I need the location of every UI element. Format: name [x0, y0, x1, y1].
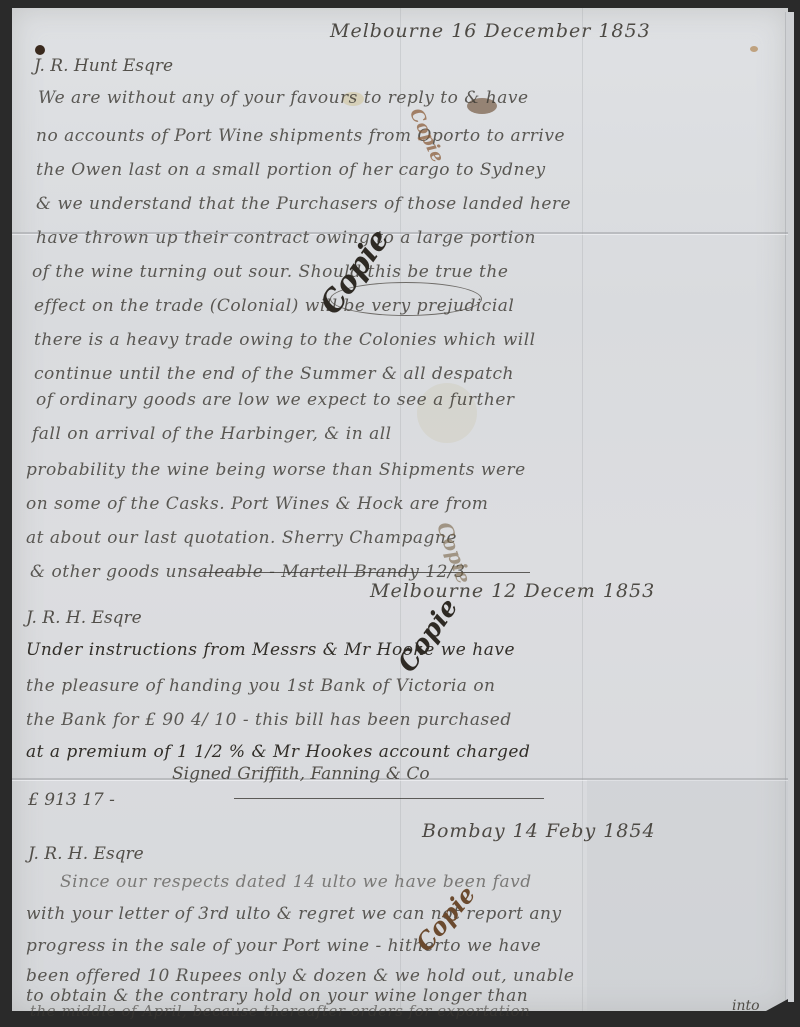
foxing-spot — [750, 46, 758, 52]
letter-line: the Bank for £ 90 4/ 10 - this bill has … — [26, 710, 512, 730]
torn-corner — [766, 999, 788, 1011]
ink-blot — [35, 45, 45, 55]
letter-1-place-date: Melbourne 16 December 1853 — [330, 20, 651, 42]
letter-line: & we understand that the Purchasers of t… — [36, 194, 571, 214]
letter-2-place-date: Melbourne 12 Decem 1853 — [370, 580, 655, 602]
section-divider — [200, 572, 530, 573]
paper-sheet: Melbourne 16 December 1853 J. R. Hunt Es… — [12, 8, 788, 1011]
letter-line: there is a heavy trade owing to the Colo… — [34, 330, 536, 350]
scanned-letter: Melbourne 16 December 1853 J. R. Hunt Es… — [0, 0, 800, 1027]
letter-2-salutation: J. R. H. Esqre — [26, 608, 142, 628]
letter-line: at a premium of 1 1/2 % & Mr Hookes acco… — [26, 742, 530, 762]
letter-line: continue until the end of the Summer & a… — [34, 364, 514, 384]
letter-line: on some of the Casks. Port Wines & Hock … — [26, 494, 488, 514]
shaded-fold-panel — [587, 780, 788, 1011]
letter-line: the Owen last on a small portion of her … — [36, 160, 546, 180]
letter-3-place-date: Bombay 14 Feby 1854 — [422, 820, 656, 842]
section-divider — [234, 798, 544, 799]
letter-line: have thrown up their contract owing to a… — [36, 228, 536, 248]
letter-line: progress in the sale of your Port wine -… — [26, 936, 541, 956]
letter-2-signature: Signed Griffith, Fanning & Co — [172, 764, 430, 784]
letter-line: the middle of April, because thereafter … — [30, 1002, 530, 1020]
copie-annotation-2: Copie — [392, 593, 464, 678]
letter-3-salutation: J. R. H. Esqre — [28, 844, 144, 864]
letter-line: with your letter of 3rd ulto & regret we… — [26, 904, 562, 924]
letter-line: We are without any of your favours to re… — [38, 88, 529, 108]
letter-line: the pleasure of handing you 1st Bank of … — [26, 676, 496, 696]
letter-line: fall on arrival of the Harbinger, & in a… — [32, 424, 392, 444]
letter-line: of the wine turning out sour. Should thi… — [32, 262, 508, 282]
letter-line: probability the wine being worse than Sh… — [26, 460, 526, 480]
letter-2-amount: £ 913 17 - — [28, 790, 115, 810]
letter-line: no accounts of Port Wine shipments from … — [36, 126, 565, 146]
letter-line: of ordinary goods are low we expect to s… — [36, 390, 515, 410]
letter-line: Under instructions from Messrs & Mr Hook… — [26, 640, 515, 660]
vertical-fold — [582, 8, 583, 1011]
letter-line: been offered 10 Rupees only & dozen & we… — [26, 966, 574, 986]
catchword: into — [732, 998, 760, 1014]
letter-1-salutation: J. R. Hunt Esqre — [34, 56, 173, 76]
letter-line: at about our last quotation. Sherry Cham… — [26, 528, 457, 548]
